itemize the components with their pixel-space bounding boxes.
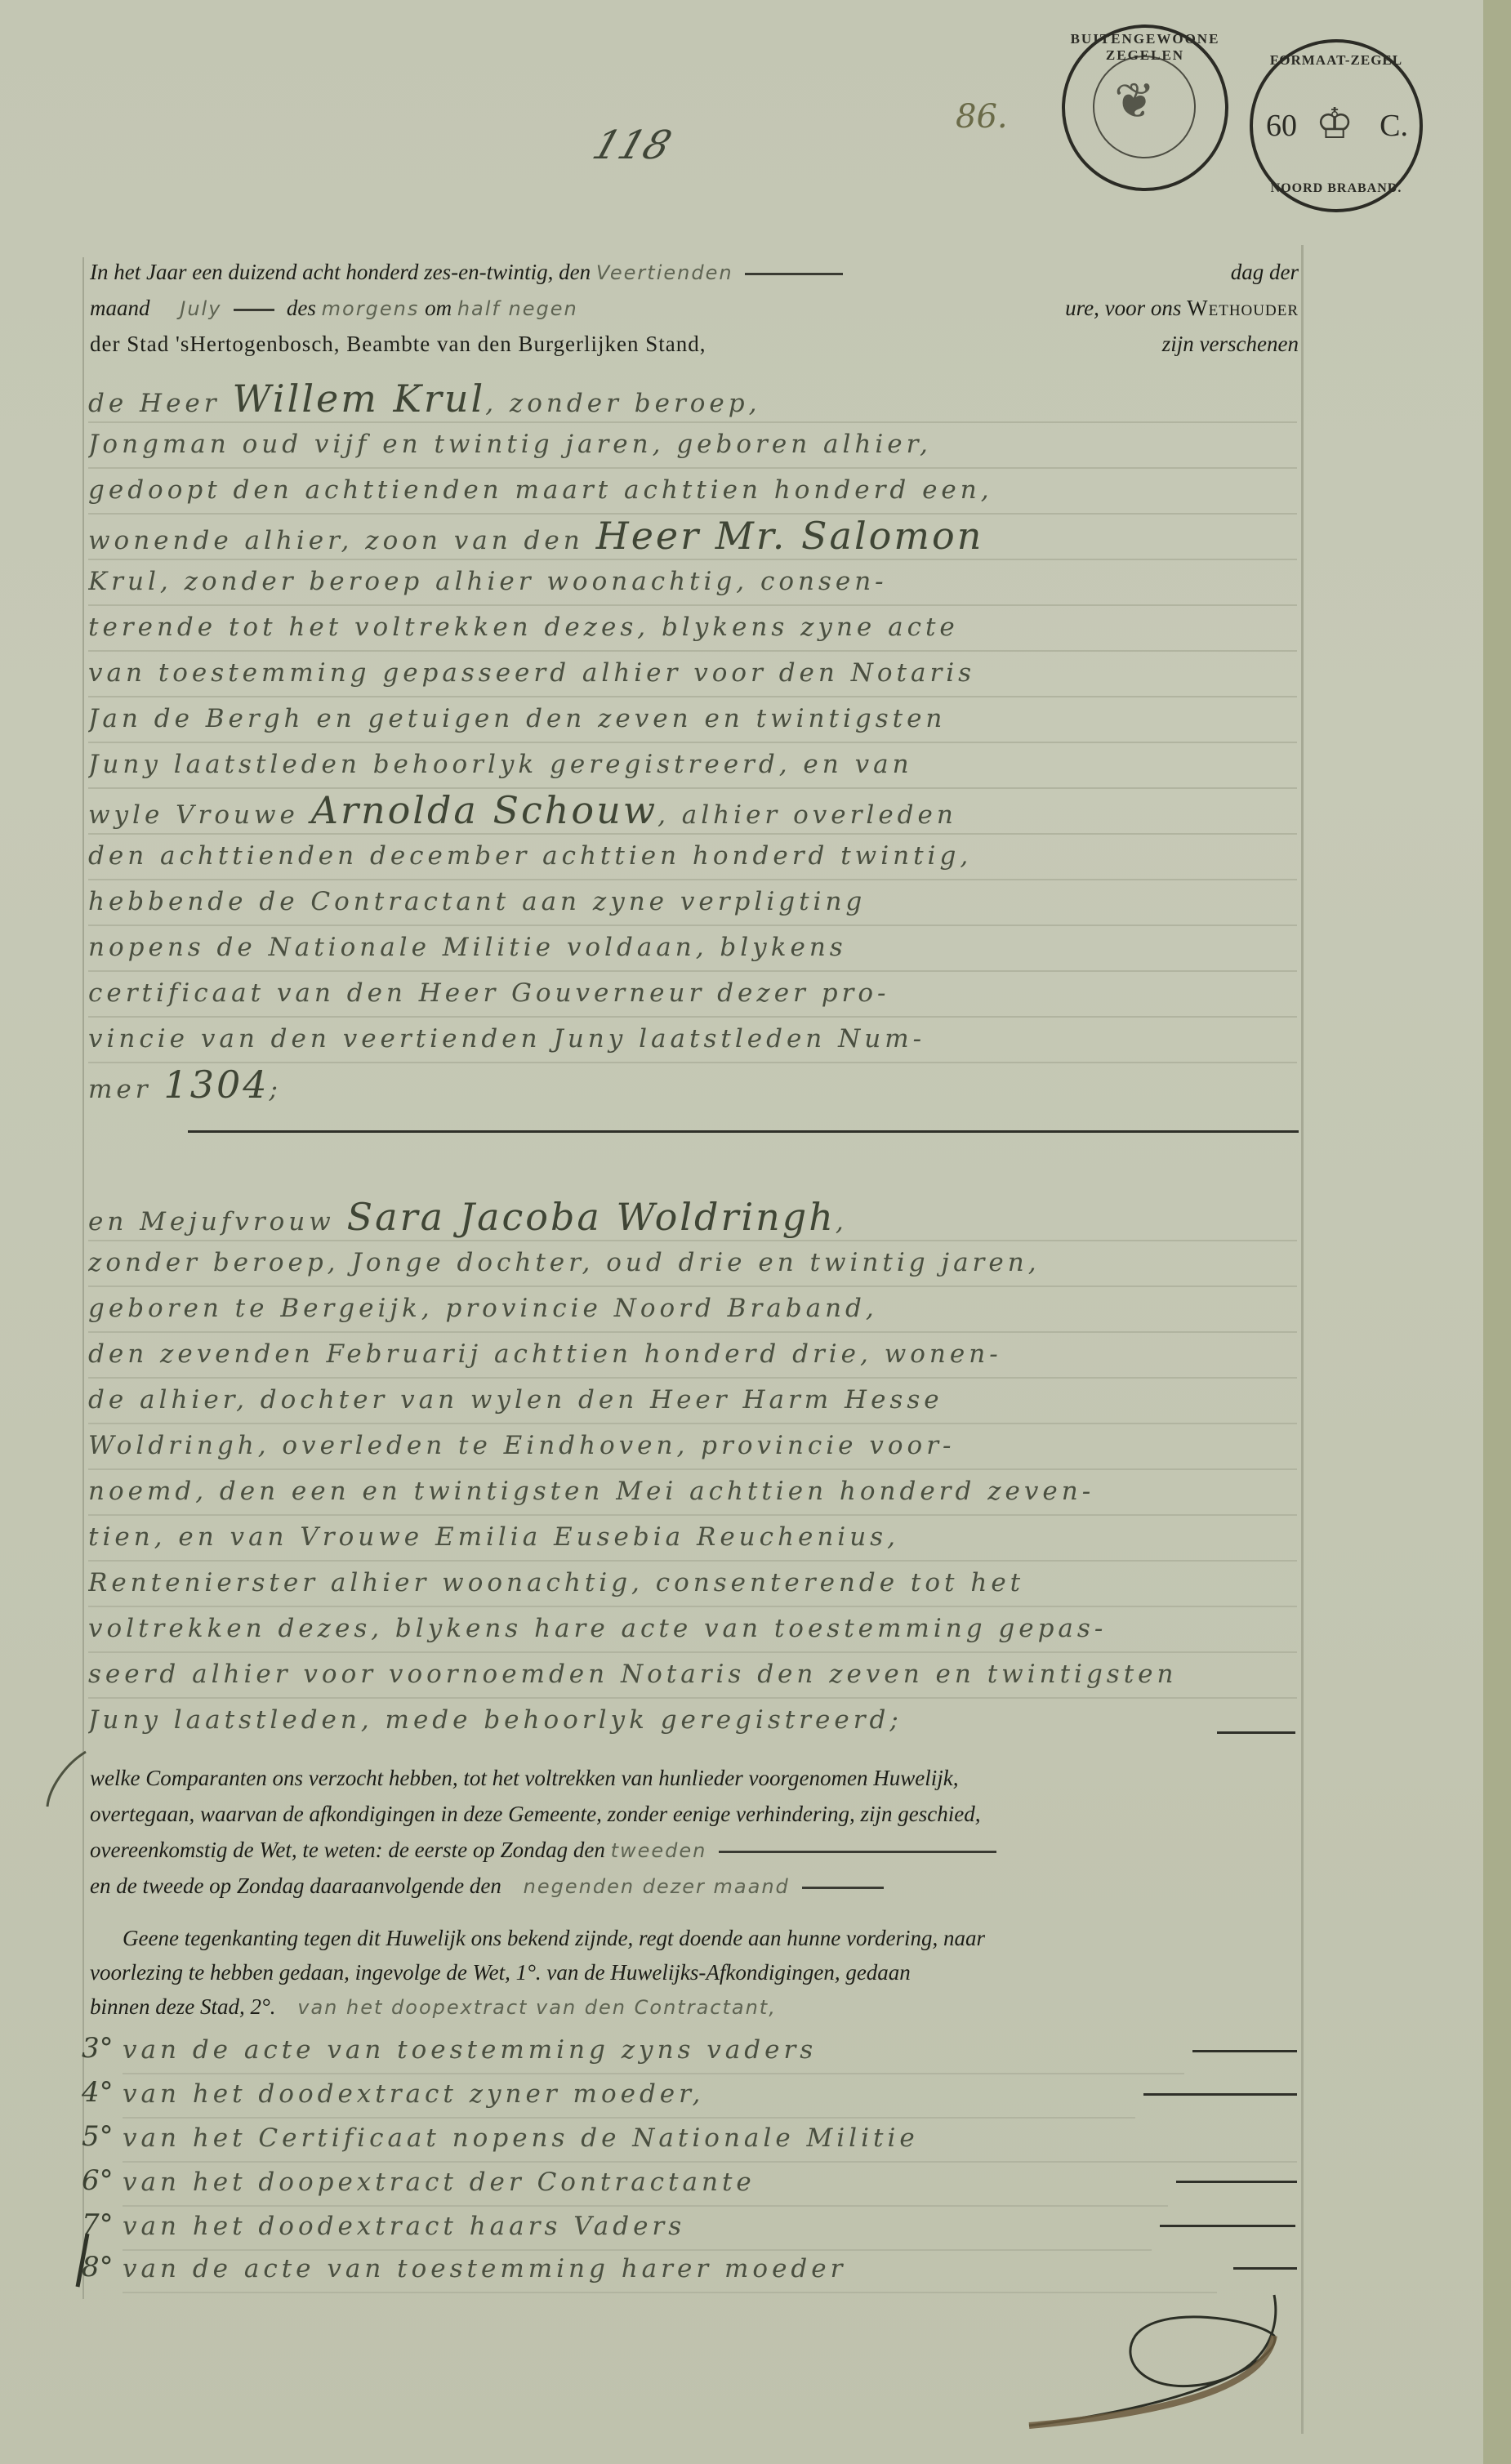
format-seal-stamp: FORMAAT-ZEGEL ♔ 60 C. NOORD BRABAND. — [1250, 39, 1423, 212]
list-number: 4° — [82, 2076, 114, 2109]
header-text: maand — [90, 296, 150, 320]
second-sunday-fill: negenden dezer maand — [524, 1875, 790, 1898]
closing-rule — [1160, 2225, 1295, 2227]
header-text: der Stad 'sHertogenbosch, Beambte van de… — [90, 332, 706, 356]
script-line: Juny laatstleden behoorlyk geregistreerd… — [88, 742, 1297, 789]
list-item: van het doodextract zyner moeder, — [123, 2071, 1135, 2119]
script-line: den achttienden december achttien honder… — [88, 833, 1297, 880]
margin-tick-stroke — [69, 2230, 94, 2295]
list-number: 3° — [82, 2032, 114, 2065]
script-line: Jongman oud vijf en twintig jaren, gebor… — [88, 421, 1297, 469]
script-line: Jan de Bergh en getuigen den zeven en tw… — [88, 696, 1297, 743]
documents-line-2: voorlezing te hebben gedaan, ingevolge d… — [90, 1960, 1299, 1985]
list-item: van het doodextract haars Vaders — [123, 2203, 1152, 2251]
script-line: hebbende de Contractant aan zyne verplig… — [88, 879, 1297, 926]
closing-rule — [1176, 2181, 1297, 2183]
script-line: Krul, zonder beroep alhier woonachtig, c… — [88, 559, 1297, 606]
bride-name: Sara Jacoba Woldringh — [347, 1195, 836, 1239]
closing-rule — [188, 1130, 1299, 1133]
crowned-shield-icon: ♔ — [1312, 83, 1357, 165]
folio-mark: 118 — [587, 123, 677, 168]
stamp-ring-text: BUITENGEWOONE ZEGELEN — [1065, 31, 1225, 64]
documents-line-3: binnen deze Stad, 2°. van het doopextrac… — [90, 1994, 1299, 2020]
left-margin-rule — [82, 257, 84, 2299]
header-text: In het Jaar een duizend acht honderd zes… — [90, 260, 591, 284]
laurel-branch-icon: ❦ — [1114, 77, 1155, 126]
fill-rule — [234, 309, 274, 311]
first-sunday-fill: tweeden — [611, 1839, 707, 1862]
script-line: terende tot het voltrekken dezes, blyken… — [88, 604, 1297, 652]
militia-number: 1304 — [163, 1063, 269, 1107]
fill-rule — [802, 1887, 884, 1889]
script-line: geboren te Bergeijk, provincie Noord Bra… — [88, 1285, 1297, 1333]
stamp-ring-bottom-text: NOORD BRABAND. — [1253, 181, 1420, 196]
closing-rule — [1217, 1731, 1295, 1734]
header-text: des — [287, 296, 316, 320]
extraordinary-seal-stamp: BUITENGEWOONE ZEGELEN ❦ — [1062, 25, 1228, 191]
closing-rule — [1143, 2093, 1297, 2096]
script-line: den zevenden Februarij achttien honderd … — [88, 1331, 1297, 1379]
stamp-ring-top-text: FORMAAT-ZEGEL — [1253, 52, 1420, 69]
header-line-1: In het Jaar een duizend acht honderd zes… — [90, 260, 1299, 285]
script-line: zonder beroep, Jonge dochter, oud drie e… — [88, 1240, 1297, 1287]
list-item: van het doopextract der Contractante — [123, 2159, 1168, 2207]
script-line: Juny laatstleden, mede behoorlyk geregis… — [88, 1697, 1297, 1743]
fill-rule — [745, 273, 843, 275]
script-line: mer 1304; — [88, 1062, 1297, 1107]
document-2-fill: van het doopextract van den Contractant, — [297, 1996, 777, 2019]
groom-name: Willem Krul — [232, 377, 485, 421]
groom-mother-name: Arnolda Schouw — [311, 788, 657, 832]
margin-bracket-stroke — [41, 1748, 90, 1813]
day-fill: Veertienden — [596, 261, 733, 284]
month-fill: July — [180, 297, 221, 320]
banns-line-4: en de tweede op Zondag daaraanvolgende d… — [90, 1874, 1299, 1899]
banns-line-2: overtegaan, waarvan de afkondigingen in … — [90, 1802, 1299, 1827]
script-line: seerd alhier voor voornoemden Notaris de… — [88, 1651, 1297, 1699]
official-title: Wethouder — [1187, 296, 1299, 320]
script-line: van toestemming gepasseerd alhier voor d… — [88, 650, 1297, 697]
script-line: Rentenierster alhier woonachtig, consent… — [88, 1560, 1297, 1607]
groom-father-name: Heer Mr. Salomon — [596, 514, 984, 558]
script-line: de Heer Willem Krul, zonder beroep, — [88, 376, 1297, 423]
stamp-value: 60 — [1266, 108, 1297, 144]
script-line: noemd, den een en twintigsten Mei achtti… — [88, 1468, 1297, 1516]
script-line: gedoopt den achttienden maart achttien h… — [88, 467, 1297, 515]
closing-rule — [1192, 2050, 1297, 2052]
script-line: tien, en van Vrouwe Emilia Eusebia Reuch… — [88, 1514, 1297, 1562]
time-fill: half negen — [457, 297, 578, 320]
banns-line-1: welke Comparanten ons verzocht hebben, t… — [90, 1766, 1299, 1791]
script-line: wonende alhier, zoon van den Heer Mr. Sa… — [88, 513, 1297, 560]
list-number: 5° — [82, 2120, 114, 2153]
script-line: en Mejufvrouw Sara Jacoba Woldringh, — [88, 1194, 1297, 1241]
script-line: Woldringh, overleden te Eindhoven, provi… — [88, 1423, 1297, 1470]
stamp-currency: C. — [1380, 108, 1408, 144]
script-line: nopens de Nationale Militie voldaan, bly… — [88, 925, 1297, 972]
closing-rule — [1233, 2267, 1297, 2270]
list-item: van de acte van toestemming zyns vaders — [123, 2027, 1184, 2074]
header-text: ure, voor ons — [1065, 296, 1181, 320]
right-margin-rule — [1301, 245, 1304, 2434]
header-line-3: der Stad 'sHertogenbosch, Beambte van de… — [90, 332, 1299, 357]
script-line: vincie van den veertienden Juny laatstle… — [88, 1016, 1297, 1063]
script-line: certificaat van den Heer Gouverneur deze… — [88, 970, 1297, 1018]
documents-line-1: Geene tegenkanting tegen dit Huwelijk on… — [90, 1926, 1299, 1951]
page-edge — [1483, 0, 1511, 2464]
daypart-fill: morgens — [322, 297, 420, 320]
fill-rule — [719, 1851, 996, 1853]
script-line: de alhier, dochter van wylen den Heer Ha… — [88, 1377, 1297, 1424]
header-text: zijn verschenen — [1162, 332, 1299, 357]
header-line-2: maand July des morgens om half negen ure… — [90, 296, 1299, 321]
header-text: om — [425, 296, 452, 320]
closing-flourish — [1013, 2287, 1307, 2450]
script-line: wyle Vrouwe Arnolda Schouw, alhier overl… — [88, 787, 1297, 835]
page-number: 86. — [956, 98, 1008, 136]
list-number: 6° — [82, 2164, 114, 2197]
banns-line-3: overeenkomstig de Wet, te weten: de eers… — [90, 1838, 1299, 1863]
header-text: dag der — [1231, 260, 1299, 285]
script-line: voltrekken dezes, blykens hare acte van … — [88, 1606, 1297, 1653]
list-item: van het Certificaat nopens de Nationale … — [123, 2115, 1297, 2163]
